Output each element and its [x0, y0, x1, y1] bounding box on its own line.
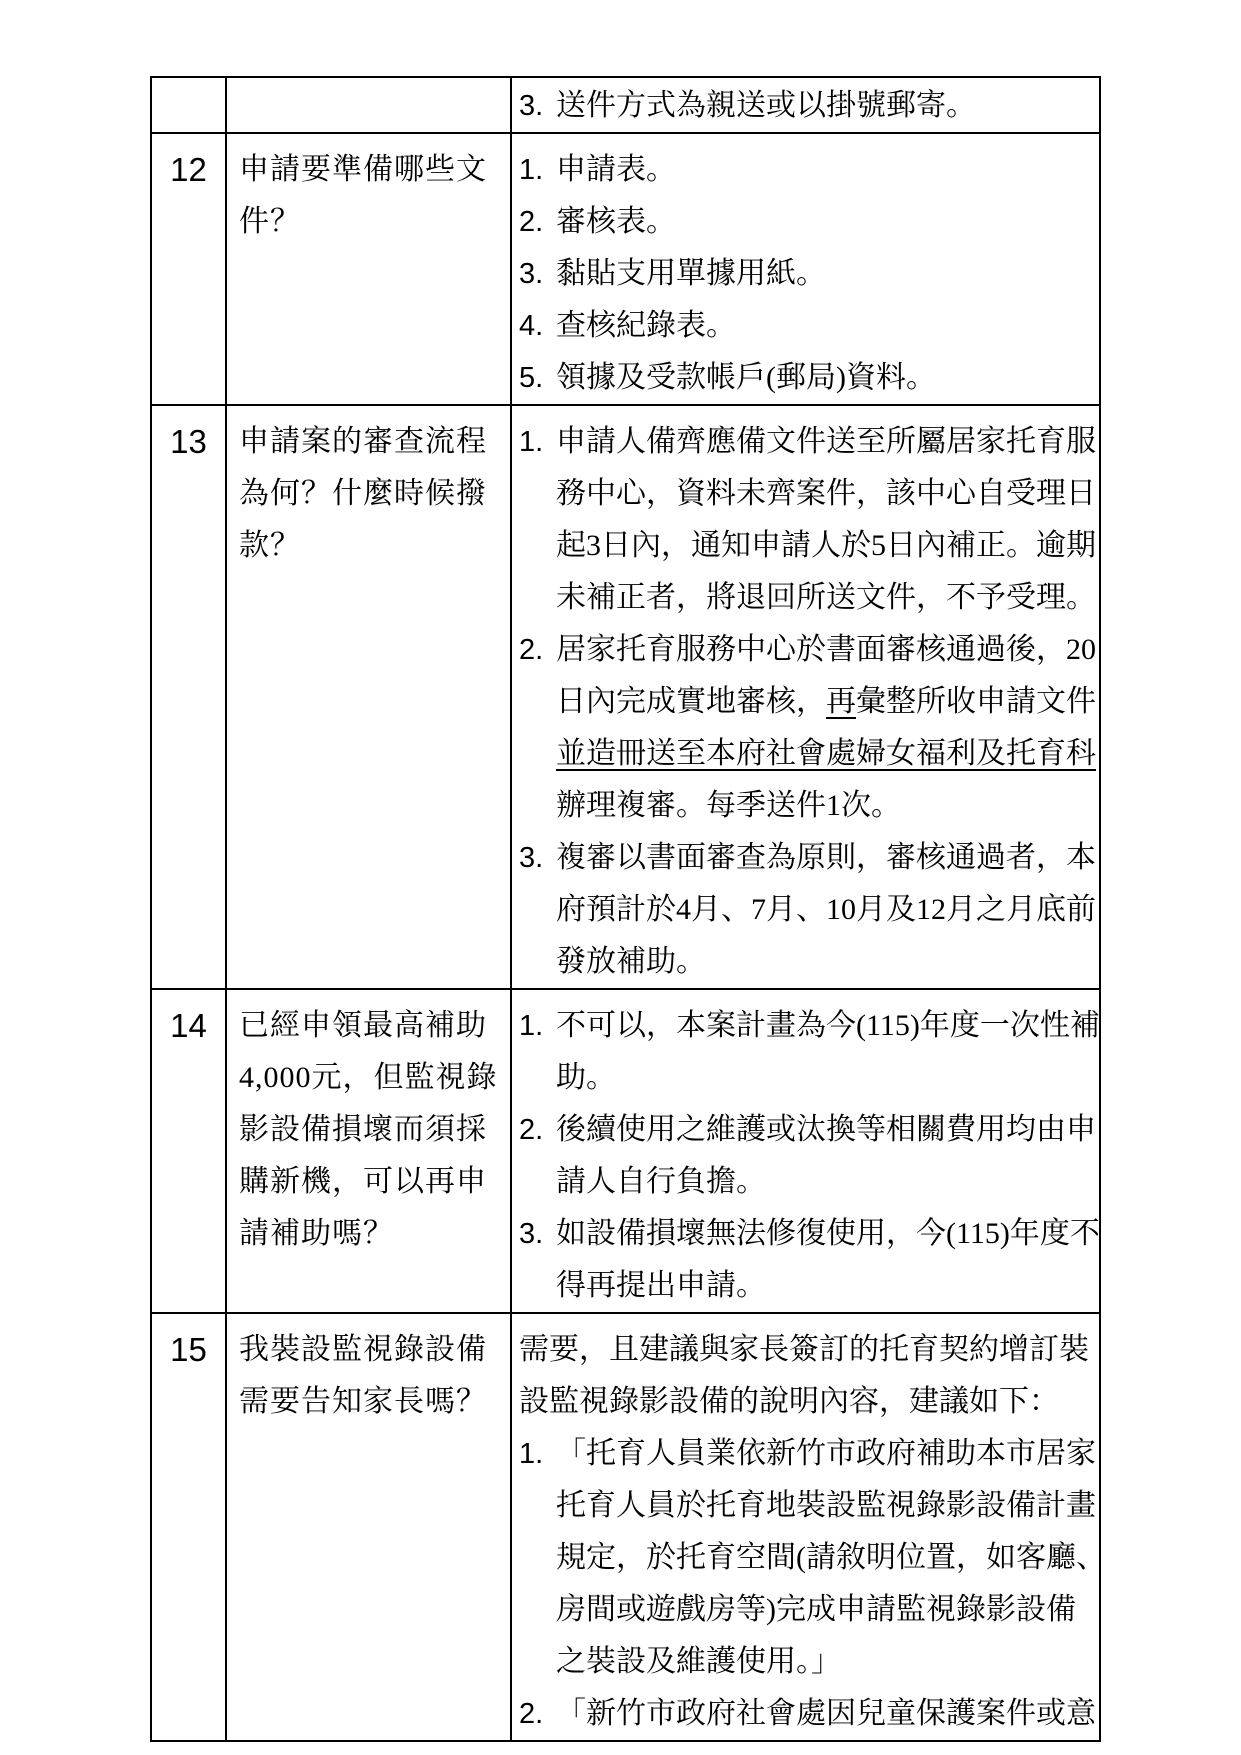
- text-run: 購新機，可以再申: [239, 1165, 487, 1198]
- table-row: 3.送件方式為親送或以掛號郵寄。: [151, 77, 1100, 133]
- question-text: 我裝設監視錄設備需要告知家長嗎？: [227, 1314, 510, 1428]
- list-item-marker: 3.: [519, 1208, 543, 1260]
- question-cell: [226, 77, 511, 133]
- question-line: 件？: [239, 196, 504, 248]
- answer-line: 助。: [519, 1052, 1099, 1104]
- row-number: 12: [152, 134, 225, 196]
- text-run: 我裝設監視錄設備: [239, 1333, 487, 1366]
- list-item-marker: 3.: [519, 248, 543, 300]
- answer-intro-line: 設監視錄影設備的說明內容，建議如下：: [519, 1376, 1099, 1428]
- answer-line: 起3日內，通知申請人於5日內補正。逾期: [519, 520, 1099, 572]
- answer-cell: 3.送件方式為親送或以掛號郵寄。: [511, 77, 1100, 133]
- text-run: 「托育人員業依新竹市政府補助本市居家: [556, 1437, 1096, 1470]
- row-number: 15: [152, 1314, 225, 1376]
- list-item-marker: 3.: [519, 80, 543, 132]
- question-line: 申請要準備哪些文: [239, 144, 504, 196]
- question-line: 已經申領最高補助: [239, 1000, 504, 1052]
- row-number-cell: 12: [151, 133, 226, 405]
- answer-cell: 1.不可以，本案計畫為今(115)年度一次性補助。2.後續使用之維護或汰換等相關…: [511, 989, 1100, 1313]
- question-cell: 已經申領最高補助4,000元，但監視錄影設備損壞而須採購新機，可以再申請補助嗎？: [226, 989, 511, 1313]
- row-number: 13: [152, 406, 225, 468]
- text-run: 之裝設及維護使用。」: [556, 1645, 841, 1678]
- answer-line: 日內完成實地審核，再彙整所收申請文件: [519, 676, 1099, 728]
- text-run: 彙整所收申請文件: [856, 685, 1096, 718]
- question-line: 購新機，可以再申: [239, 1156, 504, 1208]
- text-run: 發放補助。: [556, 945, 706, 978]
- row-number-cell: 13: [151, 405, 226, 989]
- question-line: 款？: [239, 520, 504, 572]
- row-number-cell: [151, 77, 226, 133]
- underlined-text-run: 並造冊送至本府社會處婦女福利及托育科: [556, 737, 1096, 770]
- text-run: 申請要準備哪些文: [239, 153, 487, 186]
- answer-line: 3.複審以書面審查為原則，審核通過者，本: [519, 832, 1099, 884]
- question-line: 需要告知家長嗎？: [239, 1376, 504, 1428]
- answer-line: 之裝設及維護使用。」: [519, 1636, 1099, 1688]
- list-item-marker: 2.: [519, 624, 543, 676]
- text-run: 不可以，本案計畫為今(115)年度一次性補: [556, 1009, 1100, 1042]
- answer-line: 1.申請表。: [519, 144, 1099, 196]
- question-cell: 我裝設監視錄設備需要告知家長嗎？: [226, 1313, 511, 1741]
- text-run: 辦理複審。每季送件1次。: [556, 789, 901, 822]
- question-line: 請補助嗎？: [239, 1208, 504, 1260]
- answer-cell: 需要，且建議與家長簽訂的托育契約增訂裝設監視錄影設備的說明內容，建議如下：1.「…: [511, 1313, 1100, 1741]
- answer-content: 1.不可以，本案計畫為今(115)年度一次性補助。2.後續使用之維護或汰換等相關…: [512, 990, 1099, 1312]
- text-run: 居家托育服務中心於書面審核通過後，20: [556, 633, 1096, 666]
- question-line: 為何？什麼時候撥: [239, 468, 504, 520]
- answer-intro-line: 需要，且建議與家長簽訂的托育契約增訂裝: [519, 1324, 1099, 1376]
- table-row: 14已經申領最高補助4,000元，但監視錄影設備損壞而須採購新機，可以再申請補助…: [151, 989, 1100, 1313]
- question-text: [227, 78, 510, 88]
- answer-line: 請人自行負擔。: [519, 1156, 1099, 1208]
- text-run: 件？: [239, 205, 301, 238]
- answer-line: 規定，於托育空間(請敘明位置，如客廳、: [519, 1532, 1099, 1584]
- question-cell: 申請案的審查流程為何？什麼時候撥款？: [226, 405, 511, 989]
- answer-line: 3.送件方式為親送或以掛號郵寄。: [519, 80, 1099, 132]
- answer-line: 務中心，資料未齊案件，該中心自受理日: [519, 468, 1099, 520]
- answer-line: 未補正者，將退回所送文件，不予受理。: [519, 572, 1099, 624]
- text-run: 款？: [239, 529, 301, 562]
- answer-line: 1.申請人備齊應備文件送至所屬居家托育服: [519, 416, 1099, 468]
- answer-content: 1.申請表。2.審核表。3.黏貼支用單據用紙。4.查核紀錄表。5.領據及受款帳戶…: [512, 134, 1099, 404]
- table-row: 15我裝設監視錄設備需要告知家長嗎？需要，且建議與家長簽訂的托育契約增訂裝設監視…: [151, 1313, 1100, 1741]
- row-number-cell: 15: [151, 1313, 226, 1741]
- text-run: 得再提出申請。: [556, 1269, 766, 1302]
- row-number-cell: 14: [151, 989, 226, 1313]
- text-run: 4,000元，但監視錄: [239, 1061, 498, 1094]
- list-item-marker: 2.: [519, 1104, 543, 1156]
- answer-content: 1.申請人備齊應備文件送至所屬居家托育服務中心，資料未齊案件，該中心自受理日起3…: [512, 406, 1099, 988]
- list-item-marker: 1.: [519, 1000, 543, 1052]
- answer-cell: 1.申請人備齊應備文件送至所屬居家托育服務中心，資料未齊案件，該中心自受理日起3…: [511, 405, 1100, 989]
- text-run: 查核紀錄表。: [556, 309, 736, 342]
- text-run: 府預計於4月、7月、10月及12月之月底前: [556, 893, 1096, 926]
- text-run: 送件方式為親送或以掛號郵寄。: [556, 89, 976, 122]
- text-run: 起3日內，通知申請人於5日內補正。逾期: [556, 529, 1096, 562]
- question-text: 申請要準備哪些文件？: [227, 134, 510, 248]
- question-cell: 申請要準備哪些文件？: [226, 133, 511, 405]
- list-item-marker: 2.: [519, 196, 543, 248]
- list-item-marker: 4.: [519, 300, 543, 352]
- text-run: 複審以書面審查為原則，審核通過者，本: [556, 841, 1096, 874]
- list-item-marker: 5.: [519, 352, 543, 404]
- text-run: 「新竹市政府社會處因兒童保護案件或意: [556, 1697, 1096, 1730]
- text-run: 影設備損壞而須採: [239, 1113, 487, 1146]
- text-run: 請補助嗎？: [239, 1217, 394, 1250]
- text-run: 後續使用之維護或汰換等相關費用均由申: [556, 1113, 1096, 1146]
- row-number: 14: [152, 990, 225, 1052]
- text-run: 規定，於托育空間(請敘明位置，如客廳、: [556, 1541, 1100, 1574]
- answer-line: 府預計於4月、7月、10月及12月之月底前: [519, 884, 1099, 936]
- answer-line: 1.「托育人員業依新竹市政府補助本市居家: [519, 1428, 1099, 1480]
- text-run: 申請案的審查流程: [239, 425, 487, 458]
- answer-line: 5.領據及受款帳戶(郵局)資料。: [519, 352, 1099, 404]
- question-line: 影設備損壞而須採: [239, 1104, 504, 1156]
- table-row: 12申請要準備哪些文件？1.申請表。2.審核表。3.黏貼支用單據用紙。4.查核紀…: [151, 133, 1100, 405]
- underlined-text-run: 再: [826, 685, 856, 718]
- text-run: 房間或遊戲房等)完成申請監視錄影設備: [556, 1593, 1076, 1626]
- text-run: 務中心，資料未齊案件，該中心自受理日: [556, 477, 1096, 510]
- answer-cell: 1.申請表。2.審核表。3.黏貼支用單據用紙。4.查核紀錄表。5.領據及受款帳戶…: [511, 133, 1100, 405]
- answer-line: 1.不可以，本案計畫為今(115)年度一次性補: [519, 1000, 1099, 1052]
- answer-content: 需要，且建議與家長簽訂的托育契約增訂裝設監視錄影設備的說明內容，建議如下：1.「…: [512, 1314, 1099, 1740]
- list-item-marker: 1.: [519, 144, 543, 196]
- text-run: 黏貼支用單據用紙。: [556, 257, 826, 290]
- text-run: 請人自行負擔。: [556, 1165, 766, 1198]
- answer-line: 托育人員於托育地裝設監視錄影設備計畫: [519, 1480, 1099, 1532]
- text-run: 領據及受款帳戶(郵局)資料。: [556, 361, 936, 394]
- question-text: 申請案的審查流程為何？什麼時候撥款？: [227, 406, 510, 572]
- text-run: 為何？什麼時候撥: [239, 477, 487, 510]
- answer-line: 3.如設備損壞無法修復使用，今(115)年度不: [519, 1208, 1099, 1260]
- text-run: 日內完成實地審核，: [556, 685, 826, 718]
- text-run: 已經申領最高補助: [239, 1009, 487, 1042]
- question-text: 已經申領最高補助4,000元，但監視錄影設備損壞而須採購新機，可以再申請補助嗎？: [227, 990, 510, 1260]
- text-run: 助。: [556, 1061, 616, 1094]
- answer-line: 得再提出申請。: [519, 1260, 1099, 1312]
- answer-line: 2.「新竹市政府社會處因兒童保護案件或意: [519, 1688, 1099, 1740]
- faq-table: 3.送件方式為親送或以掛號郵寄。12申請要準備哪些文件？1.申請表。2.審核表。…: [150, 76, 1101, 1742]
- answer-line: 房間或遊戲房等)完成申請監視錄影設備: [519, 1584, 1099, 1636]
- faq-table-body: 3.送件方式為親送或以掛號郵寄。12申請要準備哪些文件？1.申請表。2.審核表。…: [151, 77, 1100, 1741]
- answer-line: 發放補助。: [519, 936, 1099, 988]
- document-page: 3.送件方式為親送或以掛號郵寄。12申請要準備哪些文件？1.申請表。2.審核表。…: [0, 0, 1241, 1755]
- text-run: 如設備損壞無法修復使用，今(115)年度不: [556, 1217, 1100, 1250]
- answer-content: 3.送件方式為親送或以掛號郵寄。: [512, 78, 1099, 132]
- text-run: 未補正者，將退回所送文件，不予受理。: [556, 581, 1096, 614]
- answer-line: 4.查核紀錄表。: [519, 300, 1099, 352]
- text-run: 設監視錄影設備的說明內容，建議如下：: [519, 1385, 1059, 1418]
- answer-line: 3.黏貼支用單據用紙。: [519, 248, 1099, 300]
- text-run: 需要，且建議與家長簽訂的托育契約增訂裝: [519, 1333, 1089, 1366]
- text-run: 托育人員於托育地裝設監視錄影設備計畫: [556, 1489, 1096, 1522]
- text-run: 申請表。: [556, 153, 676, 186]
- answer-line: 2.居家托育服務中心於書面審核通過後，20: [519, 624, 1099, 676]
- answer-line: 並造冊送至本府社會處婦女福利及托育科: [519, 728, 1099, 780]
- row-number: [152, 78, 225, 88]
- list-item-marker: 2.: [519, 1688, 543, 1740]
- question-line: 申請案的審查流程: [239, 416, 504, 468]
- question-line: 4,000元，但監視錄: [239, 1052, 504, 1104]
- list-item-marker: 3.: [519, 832, 543, 884]
- list-item-marker: 1.: [519, 416, 543, 468]
- text-run: 需要告知家長嗎？: [239, 1385, 487, 1418]
- question-line: 我裝設監視錄設備: [239, 1324, 504, 1376]
- answer-line: 2.審核表。: [519, 196, 1099, 248]
- text-run: 申請人備齊應備文件送至所屬居家托育服: [556, 425, 1096, 458]
- answer-line: 辦理複審。每季送件1次。: [519, 780, 1099, 832]
- answer-line: 2.後續使用之維護或汰換等相關費用均由申: [519, 1104, 1099, 1156]
- table-row: 13申請案的審查流程為何？什麼時候撥款？1.申請人備齊應備文件送至所屬居家托育服…: [151, 405, 1100, 989]
- text-run: 審核表。: [556, 205, 676, 238]
- list-item-marker: 1.: [519, 1428, 543, 1480]
